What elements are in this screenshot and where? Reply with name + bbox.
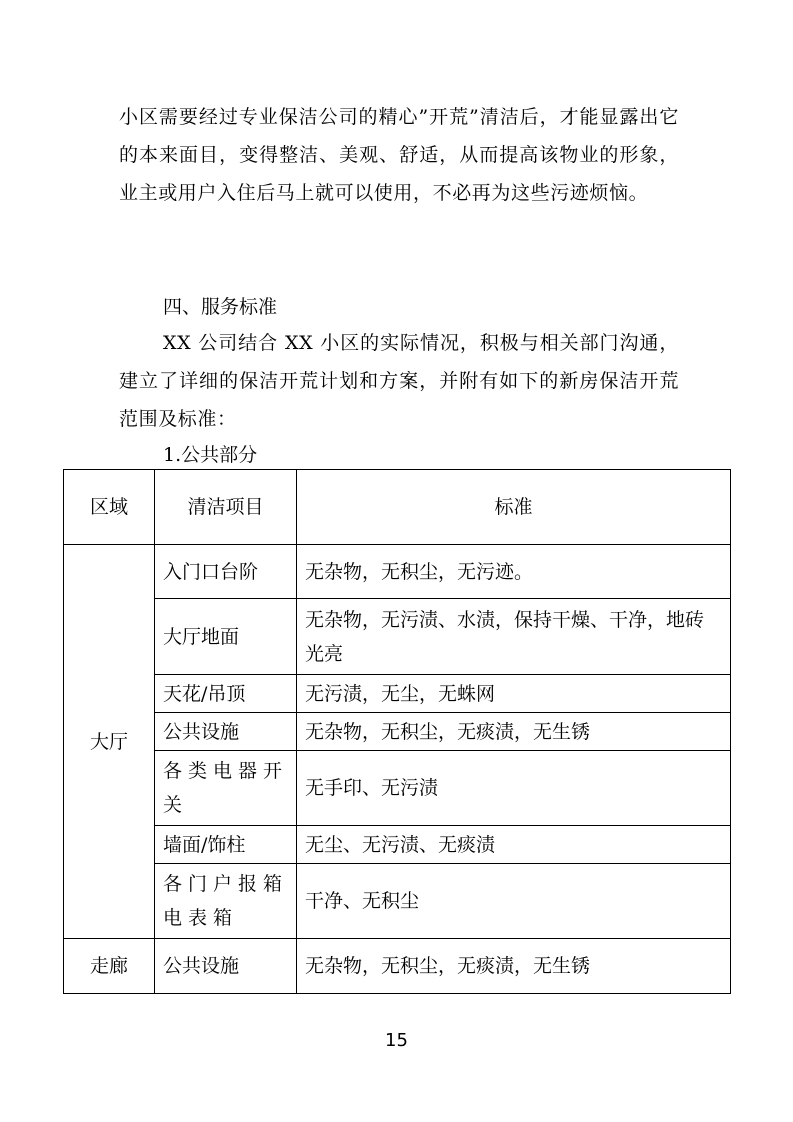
table-header-row: 区域 清洁项目 标准 (64, 470, 731, 545)
page-number: 15 (0, 1030, 793, 1051)
standard-cell: 无杂物，无积尘，无痰渍，无生锈 (297, 713, 731, 751)
area-cell: 走廊 (64, 939, 155, 994)
standard-cell: 无杂物，无积尘，无痰渍，无生锈 (297, 939, 731, 994)
standard-cell: 无尘、无污渍、无痰渍 (297, 826, 731, 864)
table-row: 墙面/饰柱 无尘、无污渍、无痰渍 (64, 826, 731, 864)
body-paragraph: XX 公司结合 XX 小区的实际情况，积极与相关部门沟通，建立了详细的保洁开荒计… (119, 324, 679, 438)
standard-cell: 无污渍，无尘，无蛛网 (297, 675, 731, 713)
table-row: 走廊 公共设施 无杂物，无积尘，无痰渍，无生锈 (64, 939, 731, 994)
header-standard: 标准 (297, 470, 731, 545)
header-area: 区域 (64, 470, 155, 545)
header-item: 清洁项目 (155, 470, 297, 545)
table-row: 天花/吊顶 无污渍，无尘，无蛛网 (64, 675, 731, 713)
standard-cell: 无杂物，无积尘，无污迹。 (297, 545, 731, 599)
table-row: 各门户报箱电表箱 干净、无积尘 (64, 864, 731, 939)
item-cell: 入门口台阶 (155, 545, 297, 599)
section-heading: 四、服务标准 (163, 288, 277, 326)
item-cell: 天花/吊顶 (155, 675, 297, 713)
item-cell: 大厅地面 (155, 599, 297, 675)
standard-cell: 干净、无积尘 (297, 864, 731, 939)
table-row: 大厅地面 无杂物，无污渍、水渍，保持干燥、干净，地砖光亮 (64, 599, 731, 675)
intro-paragraph: 小区需要经过专业保洁公司的精心”开荒”清洁后，才能显露出它的本来面目，变得整洁、… (119, 98, 679, 212)
standard-cell: 无手印、无污渍 (297, 751, 731, 826)
table-row: 公共设施 无杂物，无积尘，无痰渍，无生锈 (64, 713, 731, 751)
item-cell: 各门户报箱电表箱 (155, 864, 297, 939)
item-cell: 公共设施 (155, 939, 297, 994)
area-cell: 大厅 (64, 545, 155, 939)
table-row: 各类电器开关 无手印、无污渍 (64, 751, 731, 826)
table-row: 大厅 入门口台阶 无杂物，无积尘，无污迹。 (64, 545, 731, 599)
item-cell: 墙面/饰柱 (155, 826, 297, 864)
standard-cell: 无杂物，无污渍、水渍，保持干燥、干净，地砖光亮 (297, 599, 731, 675)
cleaning-standards-table: 区域 清洁项目 标准 大厅 入门口台阶 无杂物，无积尘，无污迹。 大厅地面 无杂… (63, 469, 731, 994)
item-cell: 各类电器开关 (155, 751, 297, 826)
item-cell: 公共设施 (155, 713, 297, 751)
